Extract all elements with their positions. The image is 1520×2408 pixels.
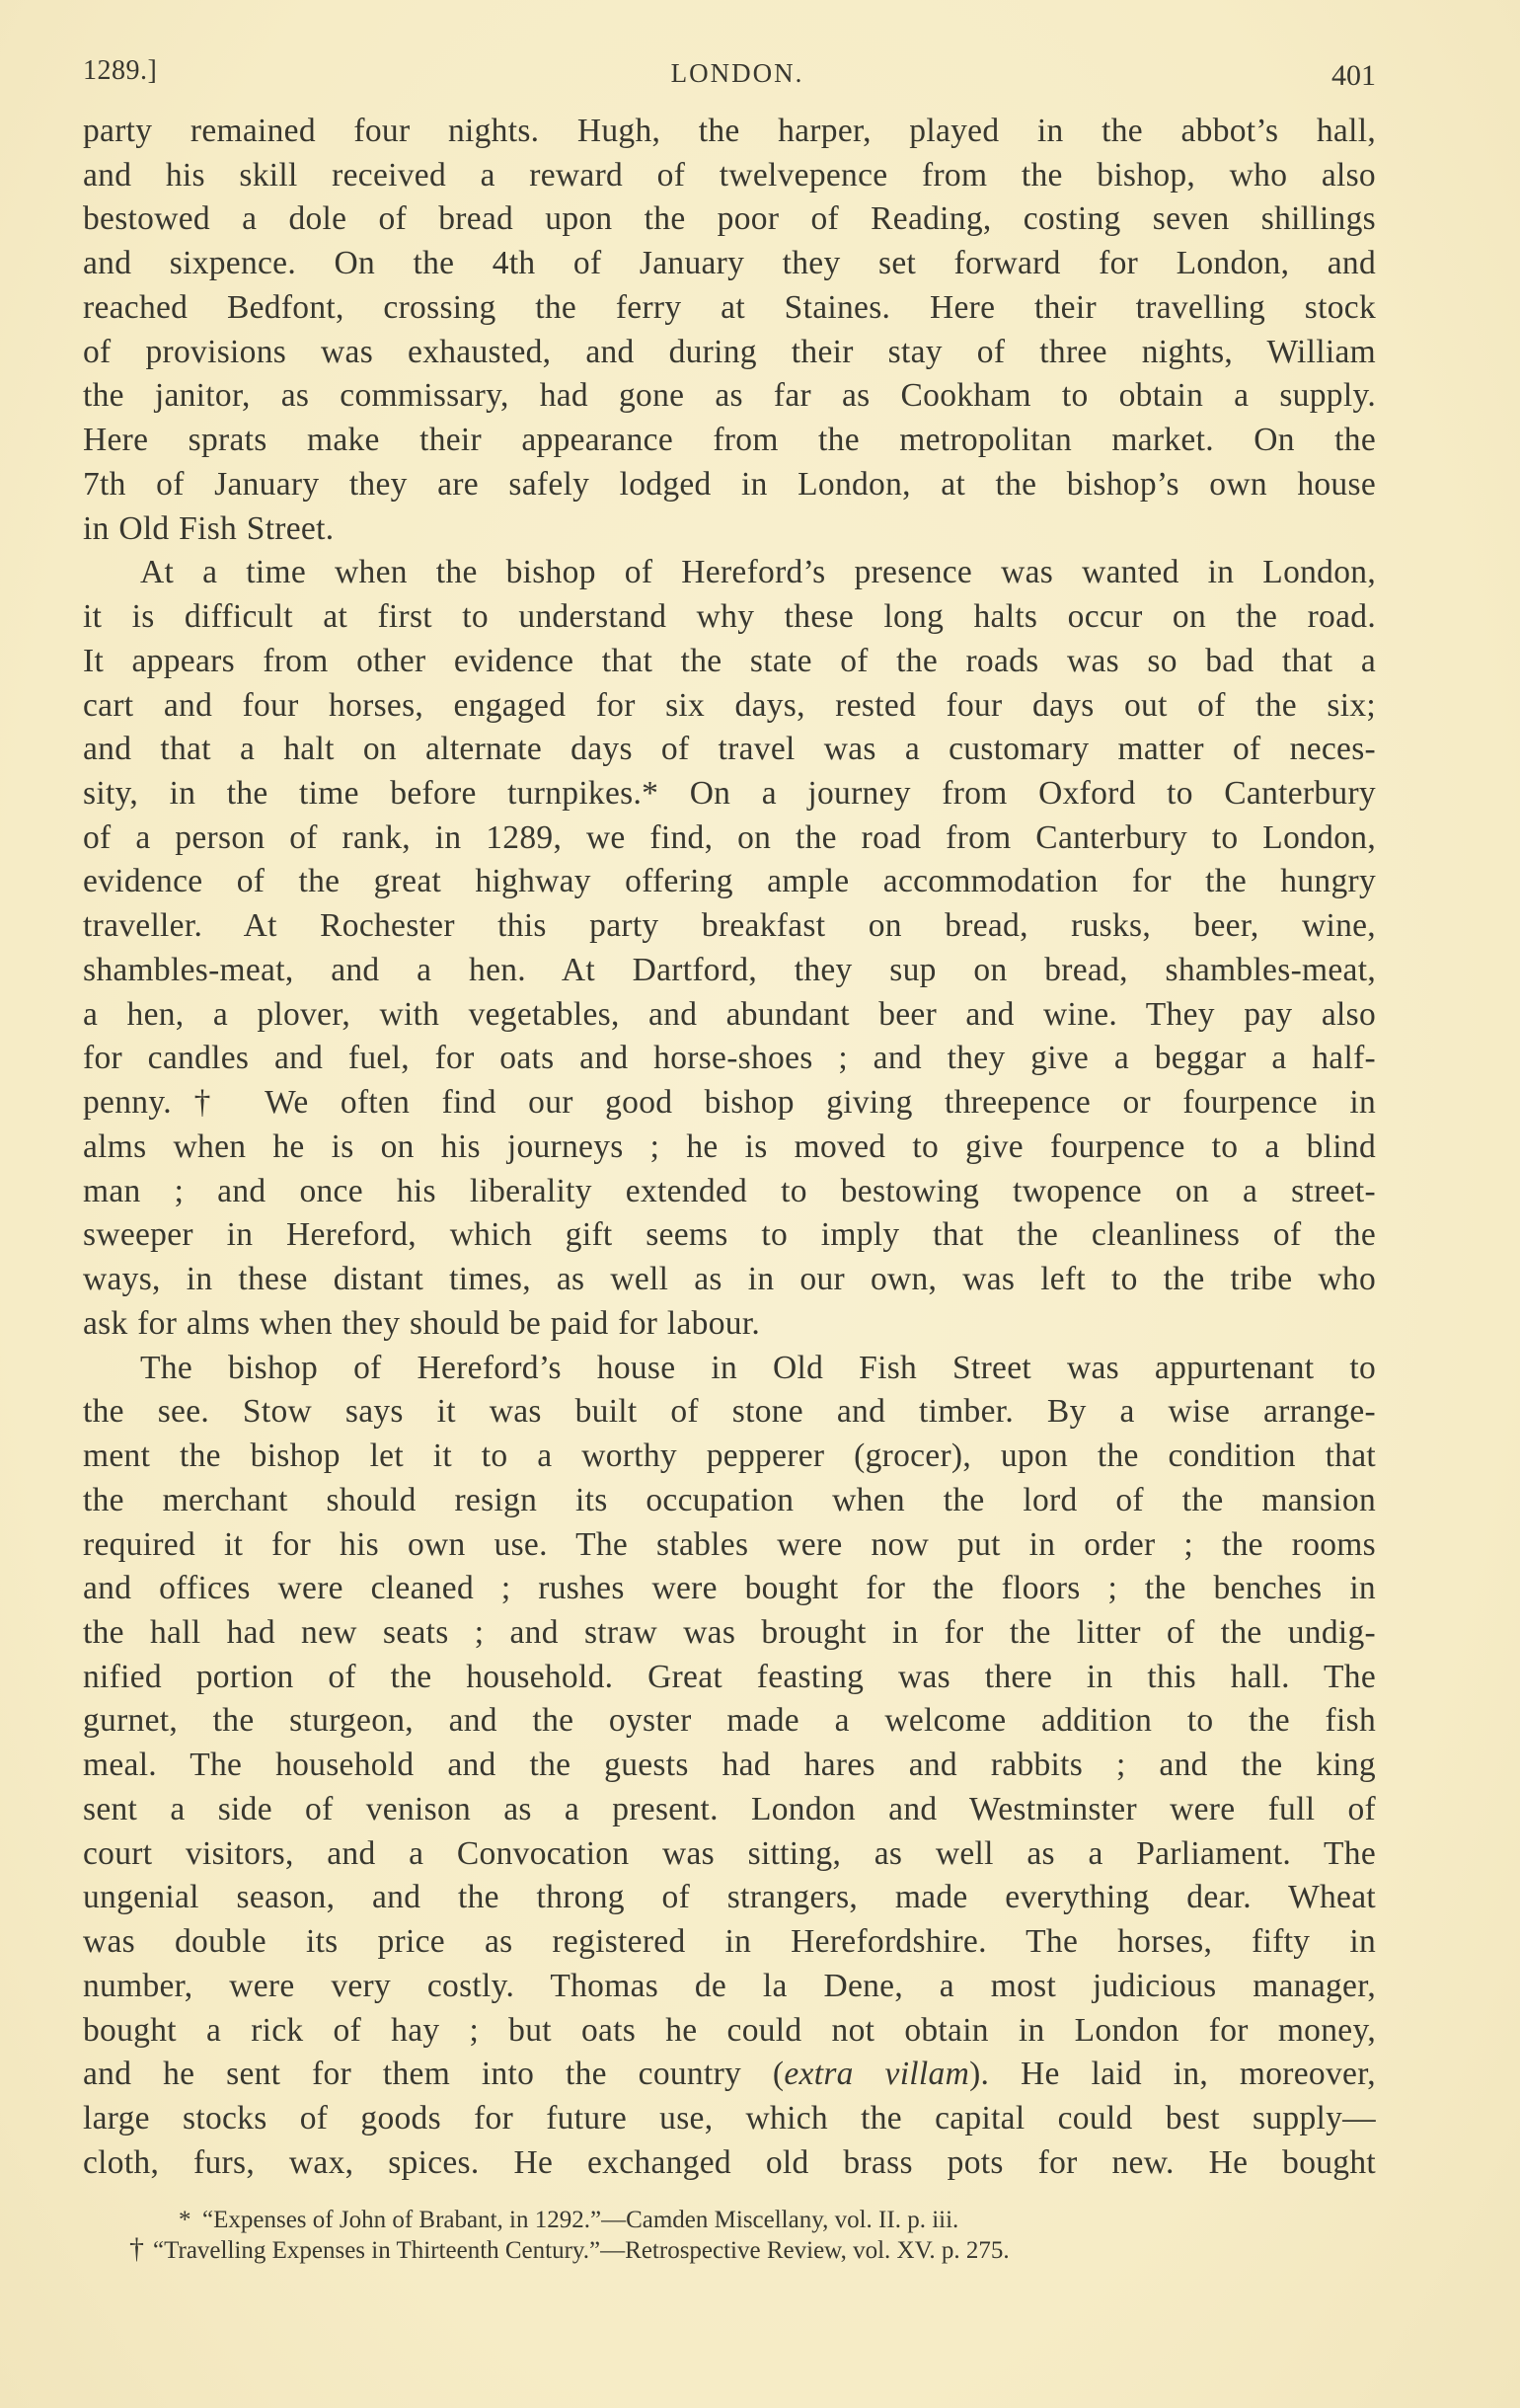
body-text: party remained four nights. Hugh, the ha…: [83, 110, 1376, 2186]
text-line: nified portion of the household. Great f…: [83, 1656, 1376, 1700]
text-line: a hen, a plover, with vegetables, and ab…: [83, 993, 1376, 1038]
text-line: of provisions was exhausted, and during …: [83, 331, 1376, 375]
text-line: it is difficult at first to understand w…: [83, 595, 1376, 640]
text-line: reached Bedfont, crossing the ferry at S…: [83, 286, 1376, 331]
text-line: and offices were cleaned ; rushes were b…: [83, 1567, 1376, 1611]
text-line: large stocks of goods for future use, wh…: [83, 2097, 1376, 2141]
text-line: It appears from other evidence that the …: [83, 640, 1376, 684]
text-segment: and he sent for them into the country (: [83, 2056, 784, 2092]
running-header-title: LONDON.: [0, 56, 1475, 90]
footnote-text: “Expenses of John of Brabant, in 1292.”—…: [202, 2207, 958, 2233]
page-number: 401: [1331, 59, 1376, 93]
text-line: ungenial season, and the throng of stran…: [83, 1876, 1376, 1920]
text-line: ask for alms when they should be paid fo…: [83, 1302, 1376, 1347]
text-line: evidence of the great highway offering a…: [83, 860, 1376, 904]
text-line: ways, in these distant times, as well as…: [83, 1258, 1376, 1302]
text-line: man ; and once his liberality extended t…: [83, 1170, 1376, 1214]
text-line: traveller. At Rochester this party break…: [83, 904, 1376, 949]
text-line: in Old Fish Street.: [83, 507, 1376, 552]
text-segment: ). He laid in, moreover,: [969, 2056, 1376, 2092]
footnote-dagger: †“Travelling Expenses in Thirteenth Cent…: [0, 2234, 1520, 2263]
paragraph-start-line: The bishop of Hereford’s house in Old Fi…: [83, 1347, 1376, 1391]
text-line: the see. Stow says it was built of stone…: [83, 1390, 1376, 1435]
footnote-asterisk: *“Expenses of John of Brabant, in 1292.”…: [0, 2206, 1520, 2234]
footnotes: *“Expenses of John of Brabant, in 1292.”…: [0, 2206, 1520, 2263]
dagger-footnote-mark: †: [129, 2234, 153, 2263]
text-line: ment the bishop let it to a worthy peppe…: [83, 1435, 1376, 1479]
text-line-with-italic: and he sent for them into the country (e…: [83, 2053, 1376, 2097]
text-line: gurnet, the sturgeon, and the oyster mad…: [83, 1699, 1376, 1744]
text-line-with-footnote-ref: penny.† We often find our good bishop gi…: [83, 1081, 1376, 1126]
paragraph-start-line: At a time when the bishop of Hereford’s …: [83, 551, 1376, 595]
text-line: required it for his own use. The stables…: [83, 1523, 1376, 1568]
text-line: and his skill received a reward of twelv…: [83, 154, 1376, 198]
text-line: and sixpence. On the 4th of January they…: [83, 242, 1376, 286]
text-line: was double its price as registered in He…: [83, 1920, 1376, 1965]
text-line: shambles-meat, and a hen. At Dartford, t…: [83, 949, 1376, 993]
running-header: 1289.] LONDON. 401: [0, 0, 1520, 99]
text-line: court visitors, and a Convocation was si…: [83, 1832, 1376, 1877]
text-line: sent a side of venison as a present. Lon…: [83, 1788, 1376, 1832]
text-line: alms when he is on his journeys ; he is …: [83, 1126, 1376, 1170]
text-line: of a person of rank, in 1289, we find, o…: [83, 816, 1376, 861]
text-line: and that a halt on alternate days of tra…: [83, 728, 1376, 772]
text-line: sweeper in Hereford, which gift seems to…: [83, 1213, 1376, 1258]
text-line: Here sprats make their appearance from t…: [83, 419, 1376, 463]
text-line: bestowed a dole of bread upon the poor o…: [83, 197, 1376, 242]
text-line: the janitor, as commissary, had gone as …: [83, 374, 1376, 419]
text-line: meal. The household and the guests had h…: [83, 1744, 1376, 1788]
footnote-text: “Travelling Expenses in Thirteenth Centu…: [153, 2237, 1010, 2264]
text-line: cloth, furs, wax, spices. He exchanged o…: [83, 2141, 1376, 2186]
asterisk-footnote-mark: *: [179, 2206, 202, 2234]
text-line: the merchant should resign its occupatio…: [83, 1479, 1376, 1523]
italic-latin-phrase: extra villam: [784, 2056, 969, 2092]
text-line: cart and four horses, engaged for six da…: [83, 684, 1376, 729]
text-line: for candles and fuel, for oats and horse…: [83, 1037, 1376, 1081]
text-line: number, were very costly. Thomas de la D…: [83, 1965, 1376, 2009]
text-line: party remained four nights. Hugh, the ha…: [83, 110, 1376, 154]
text-line-with-footnote-ref: sity, in the time before turnpikes.* On …: [83, 772, 1376, 816]
text-line: the hall had new seats ; and straw was b…: [83, 1611, 1376, 1656]
text-line: 7th of January they are safely lodged in…: [83, 463, 1376, 507]
text-line: bought a rick of hay ; but oats he could…: [83, 2009, 1376, 2054]
